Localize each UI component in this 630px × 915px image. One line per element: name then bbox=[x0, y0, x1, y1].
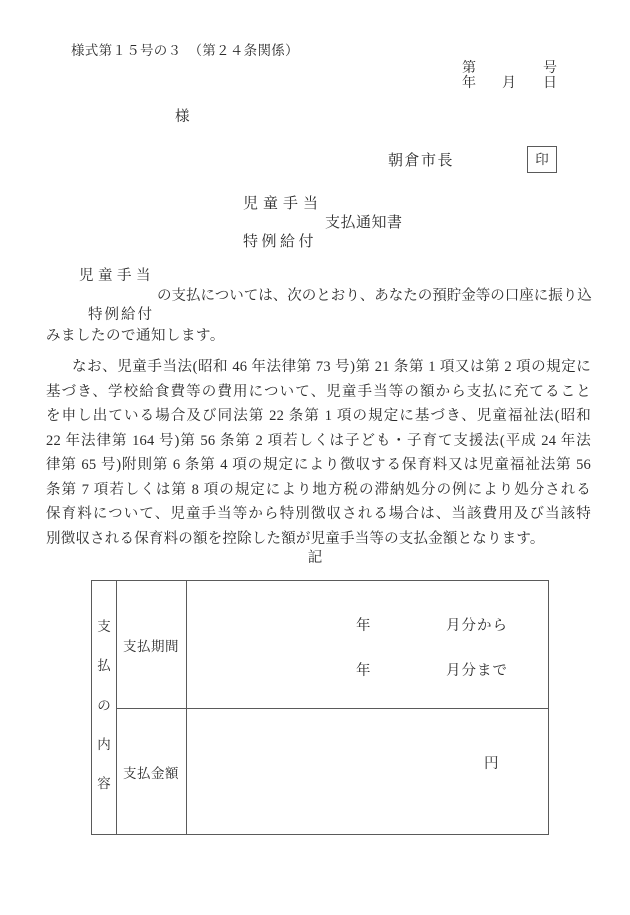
period-from-year-label: 年 bbox=[356, 619, 372, 634]
date-day-label: 日 bbox=[543, 77, 557, 91]
note-line: 律第 65 号)附則第 6 条第 4 項の規定により徴収する保育料又は児童福祉法… bbox=[46, 453, 591, 478]
title-benefit-type-bottom: 特例給付 bbox=[243, 235, 317, 250]
side-header-char: の bbox=[97, 694, 111, 714]
form-number: 様式第１５号の３ （第２４条関係） bbox=[71, 44, 299, 58]
payment-period-cell: 年 月分から 年 月分まで bbox=[186, 581, 548, 708]
note-line: 保育料について、児童手当等から特別徴収される場合は、当該費用及び当該特 bbox=[46, 502, 591, 527]
period-to-year-label: 年 bbox=[356, 664, 372, 679]
note-line: 22 年法律第 164 号)第 56 条第 2 項若しくは子ども・子育て支援法(… bbox=[46, 429, 591, 454]
note-line: を申し出ている場合及び同法第 22 条第 1 項の規定に基づき、児童福祉法(昭和 bbox=[46, 404, 591, 429]
notification-document: 様式第１５号の３ （第２４条関係） 第 号 年 月 日 様 朝倉市長 印 児童手… bbox=[0, 0, 630, 915]
seal-box: 印 bbox=[527, 146, 557, 173]
note-line: 基づき、学校給食費等の費用について、児童手当等の額から支払に充てること bbox=[46, 380, 591, 405]
payment-amount-unit: 円 bbox=[484, 757, 500, 772]
period-from-month-label: 月分から bbox=[446, 619, 508, 634]
intro-line-1: の支払については、次のとおり、あなたの預貯金等の口座に振り込 bbox=[157, 289, 592, 304]
note-line: 条第 7 項若しくは第 8 項の規定により地方税の滞納処分の例により処分される bbox=[46, 478, 591, 503]
title-benefit-type-top: 児童手当 bbox=[243, 197, 323, 212]
seal-label: 印 bbox=[535, 153, 549, 167]
note-paragraph: なお、児童手当法(昭和 46 年法律第 73 号)第 21 条第 1 項又は第 … bbox=[46, 355, 591, 551]
title-main: 支払通知書 bbox=[325, 216, 403, 231]
date-year-label: 年 bbox=[462, 77, 476, 91]
issuer-name: 朝倉市長 bbox=[388, 154, 454, 169]
doc-number-prefix: 第 bbox=[462, 62, 476, 76]
note-line: なお、児童手当法(昭和 46 年法律第 73 号)第 21 条第 1 項又は第 … bbox=[46, 355, 591, 380]
date-month-label: 月 bbox=[502, 77, 516, 91]
intro-benefit-type-top: 児童手当 bbox=[79, 269, 155, 284]
note-line: 別徴収される保育料の額を控除した額が児童手当等の支払金額となります。 bbox=[46, 527, 591, 552]
payment-period-label: 支払期間 bbox=[116, 581, 186, 708]
payment-table: 支 払 の 内 容 支払期間 年 月分から 年 月分まで 支払金額 円 bbox=[91, 580, 549, 835]
table-side-header: 支 払 の 内 容 bbox=[92, 581, 116, 834]
ki-marker: 記 bbox=[0, 551, 630, 566]
addressee-honorific: 様 bbox=[175, 110, 190, 125]
period-to-month-label: 月分まで bbox=[446, 664, 508, 679]
doc-number-suffix: 号 bbox=[543, 62, 557, 76]
intro-line-2: みましたので通知します。 bbox=[46, 329, 225, 344]
intro-benefit-type-bottom: 特例給付 bbox=[88, 308, 154, 323]
payment-amount-cell: 円 bbox=[186, 708, 548, 836]
payment-amount-label: 支払金額 bbox=[116, 708, 186, 836]
side-header-char: 内 bbox=[97, 733, 111, 753]
side-header-char: 支 bbox=[97, 615, 111, 635]
side-header-char: 容 bbox=[97, 772, 111, 792]
side-header-char: 払 bbox=[97, 654, 111, 674]
